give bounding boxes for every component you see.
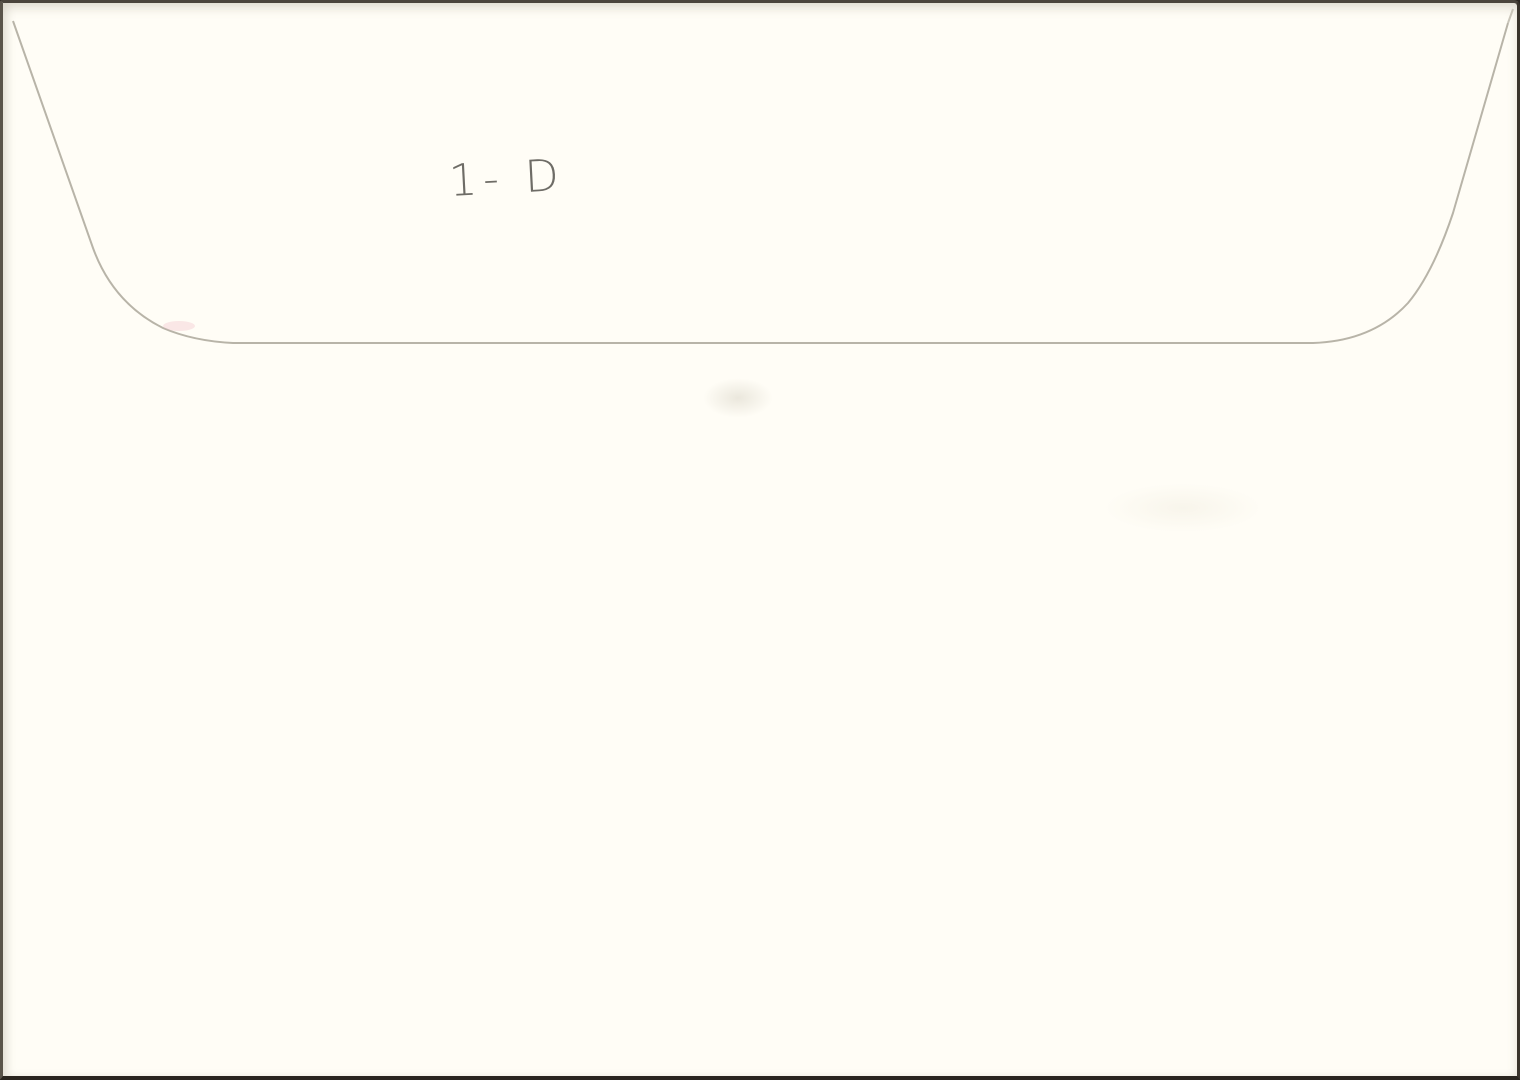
faint-smudge: [1103, 483, 1263, 533]
pink-smudge: [163, 321, 195, 331]
fingerprint-smudge: [703, 378, 773, 418]
handwritten-note: 1- D: [448, 150, 566, 207]
envelope-back: 1- D: [0, 0, 1520, 1080]
envelope-flap: [3, 3, 1520, 363]
